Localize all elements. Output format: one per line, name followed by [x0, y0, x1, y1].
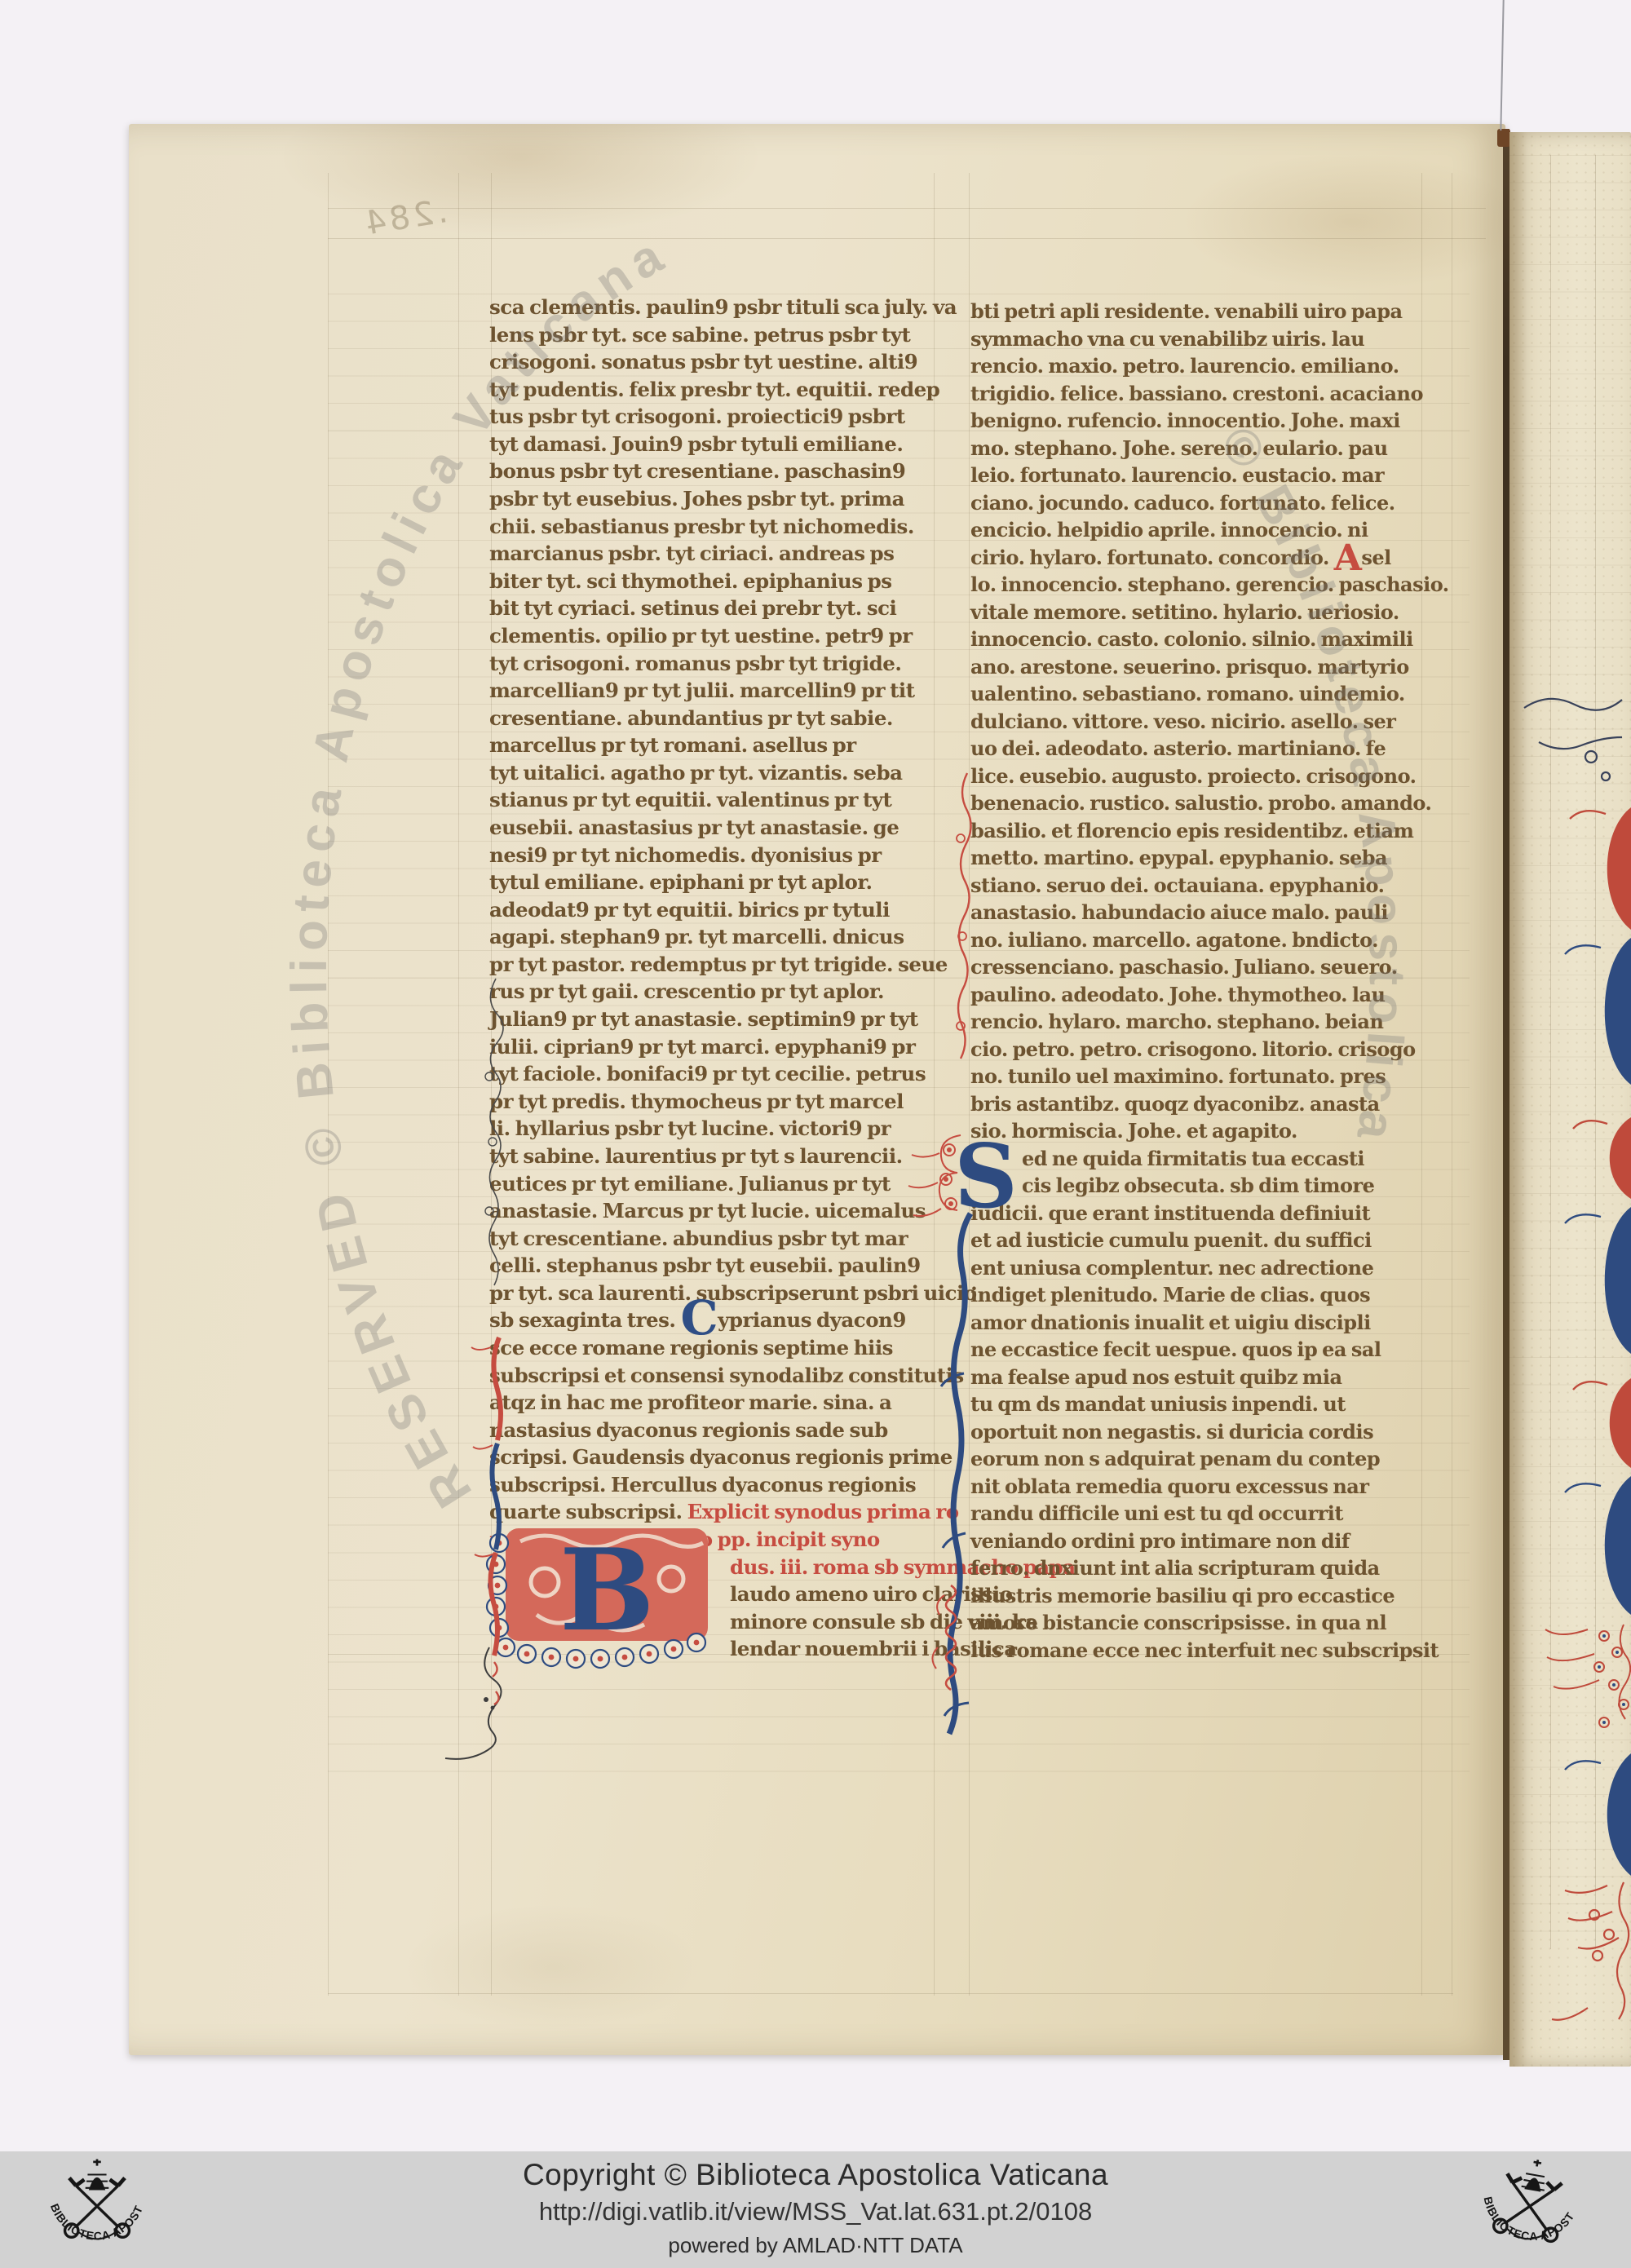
text-segment: ne eccastice fecit uespue. quos ip ea sa… — [970, 1337, 1381, 1361]
text-line: uo dei. adeodato. asterio. martiniano. f… — [970, 735, 1434, 763]
text-segment: sio. hormiscia. Johe. et agapito. — [970, 1119, 1297, 1143]
text-segment: atqz in hac me profiteor marie. sina. a — [489, 1390, 891, 1414]
text-segment: nit oblata remedia quoru excessus nar — [970, 1474, 1368, 1498]
text-segment: lice. eusebio. augusto. proiecto. crisog… — [970, 764, 1417, 788]
ruling-line — [328, 208, 1486, 209]
photo-canvas: .284 sca clementis. paulin9 psbr tituli … — [0, 0, 1631, 2151]
text-line: et ad iusticie cumulu puenit. du suffici — [970, 1227, 1434, 1254]
text-line: iudicii. que erant instituenda definiuit — [970, 1200, 1434, 1227]
text-segment: uo dei. adeodato. asterio. martiniano. f… — [970, 736, 1386, 760]
text-segment: stianus pr tyt equitii. valentinus pr ty… — [489, 788, 891, 811]
text-line: minore consule sb die viii. ka — [489, 1608, 946, 1636]
text-segment: et ad iusticie cumulu puenit. du suffici — [970, 1228, 1372, 1252]
text-line: sio. hormiscia. Johe. et agapito. — [970, 1117, 1434, 1145]
text-segment: ano. arestone. seuerino. prisquo. martyr… — [970, 655, 1409, 679]
text-line: cressenciano. paschasio. Juliano. seuero… — [970, 953, 1434, 981]
text-line: anastasio. habundacio aiuce malo. pauli — [970, 899, 1434, 926]
text-segment: pr tyt pastor. redemptus pr tyt trigide.… — [489, 953, 948, 976]
vatican-library-logo-right — [1464, 2146, 1594, 2268]
text-line: no. tunilo uel maximino. fortunato. pres — [970, 1063, 1434, 1090]
text-line: lice. eusebio. augusto. proiecto. crisog… — [970, 763, 1434, 790]
text-segment: clementis. opilio pr tyt uestine. petr9 … — [489, 624, 913, 648]
text-segment: rencio. maxio. petro. laurencio. emilian… — [970, 354, 1399, 378]
text-segment: ferro. dnxiunt int alia scripturam quida — [970, 1556, 1380, 1580]
text-segment: lus romane ecce nec interfuit nec subscr… — [970, 1638, 1439, 1662]
text-line: tyt uitalici. agatho pr tyt. vizantis. s… — [489, 759, 946, 787]
ruling-line — [328, 1993, 1453, 1994]
text-line: bti petri apli residente. venabili uiro … — [970, 298, 1434, 325]
text-line: eorum non s adquirat penam du contep — [970, 1445, 1434, 1473]
text-line: mana sub symmacho pp. incipit syno — [489, 1526, 946, 1554]
ruling-line — [1452, 173, 1452, 1996]
text-segment: tytul emiliane. epiphani pr tyt aplor. — [489, 870, 873, 894]
text-segment: no. tunilo uel maximino. fortunato. pres — [970, 1064, 1386, 1088]
text-segment: sel — [1361, 546, 1390, 569]
text-segment: pr tyt. sca laurenti. subscripserunt psb… — [489, 1281, 977, 1305]
text-segment: leio. fortunato. laurencio. eustacio. ma… — [970, 463, 1384, 487]
text-segment: ciano. jocundo. caduco. fortunato. felic… — [970, 491, 1395, 515]
text-segment: paulino. adeodato. Johe. thymotheo. lau — [970, 983, 1385, 1006]
text-line: cio. petro. petro. crisogono. litorio. c… — [970, 1036, 1434, 1063]
text-segment: trigidio. felice. bassiano. crestoni. ac… — [970, 382, 1423, 405]
text-line: marcellian9 pr tyt julii. marcellin9 pr … — [489, 677, 946, 705]
text-line: bit tyt cyriaci. setinus dei prebr tyt. … — [489, 595, 946, 622]
text-segment: bti petri apli residente. venabili uiro … — [970, 299, 1403, 323]
text-segment: benigno. rufencio. innocentio. Johe. max… — [970, 409, 1400, 432]
text-line: clementis. opilio pr tyt uestine. petr9 … — [489, 622, 946, 650]
text-line: lens psbr tyt. sce sabine. petrus psbr t… — [489, 321, 946, 349]
text-line: amore bistancie conscripsisse. in qua nl — [970, 1609, 1434, 1637]
text-segment: eusebii. anastasius pr tyt anastasie. ge — [489, 816, 899, 839]
footer-bar: BIBLIOTECA APOSTOLICA VATICANA — [0, 2151, 1631, 2268]
text-segment: celli. stephanus psbr tyt eusebii. pauli… — [489, 1253, 921, 1277]
text-line: marcellus pr tyt romani. asellus pr — [489, 732, 946, 759]
text-line: scripsi. Gaudensis dyaconus regionis pri… — [489, 1443, 946, 1471]
text-segment: eutices pr tyt emiliane. Julianus pr tyt — [489, 1172, 891, 1196]
text-line: cis legibz obsecuta. sb dim timore — [970, 1172, 1434, 1200]
text-line: ano. arestone. seuerino. prisquo. martyr… — [970, 653, 1434, 681]
text-line: basilio. et florencio epis residentibz. … — [970, 817, 1434, 845]
text-line: tyt crescentiane. abundius psbr tyt mar — [489, 1225, 946, 1253]
text-segment: ma fealse apud nos estuit quibz mia — [970, 1365, 1342, 1389]
text-segment: marcellus pr tyt romani. asellus pr — [489, 733, 856, 757]
text-line: tu qm ds mandat uniusis inpendi. ut — [970, 1390, 1434, 1418]
text-line: mo. stephano. Johe. sereno. eulario. pau — [970, 435, 1434, 462]
text-segment: tyt pudentis. felix presbr tyt. equitii.… — [489, 378, 939, 401]
text-segment: amor dnationis inualit et uigiu discipli — [970, 1311, 1371, 1334]
text-line: ent uniusa complentur. nec adrectione — [970, 1254, 1434, 1282]
text-line: oportuit non negastis. si duricia cordis — [970, 1418, 1434, 1446]
text-line: pr tyt predis. thymocheus pr tyt marcel — [489, 1088, 946, 1116]
text-line: rus pr tyt gaii. crescentio pr tyt aplor… — [489, 978, 946, 1006]
text-segment: sb sexaginta tres. — [489, 1308, 680, 1332]
text-line: pr tyt pastor. redemptus pr tyt trigide.… — [489, 951, 946, 979]
binding-stitch — [1497, 129, 1510, 147]
text-segment: tyt sabine. laurentius pr tyt s laurenci… — [489, 1144, 903, 1168]
text-line: bonus psbr tyt cresentiane. paschasin9 — [489, 458, 946, 485]
text-line: psbr tyt eusebius. Johes psbr tyt. prima — [489, 485, 946, 513]
text-line: encicio. helpidio aprile. innocencio. ni — [970, 516, 1434, 544]
text-segment: tyt uitalici. agatho pr tyt. vizantis. s… — [489, 761, 903, 785]
text-segment: yprianus dyacon9 — [718, 1308, 906, 1332]
text-line: dulciano. vittore. veso. nicirio. asello… — [970, 708, 1434, 736]
text-line: benigno. rufencio. innocentio. Johe. max… — [970, 407, 1434, 435]
text-line: no. iuliano. marcello. agatone. bndicto. — [970, 926, 1434, 954]
text-segment: iudicii. que erant instituenda definiuit — [970, 1201, 1370, 1225]
text-segment: amore bistancie conscripsisse. in qua nl — [970, 1611, 1386, 1634]
text-line: trigidio. felice. bassiano. crestoni. ac… — [970, 380, 1434, 408]
text-line: subscripsi et consensi synodalibz consti… — [489, 1362, 946, 1390]
text-segment: ent uniusa complentur. nec adrectione — [970, 1256, 1373, 1280]
text-line: ed ne quida firmitatis tua eccasti — [970, 1145, 1434, 1173]
text-segment: metto. martino. epypal. epyphanio. seba — [970, 846, 1387, 869]
text-line: veniando ordini pro intimare non dif — [970, 1527, 1434, 1555]
text-line: eutices pr tyt emiliane. Julianus pr tyt — [489, 1170, 946, 1198]
text-segment: pr tyt predis. thymocheus pr tyt marcel — [489, 1090, 904, 1113]
text-segment: iulii. ciprian9 pr tyt marci. epyphani9 … — [489, 1035, 915, 1059]
text-column-right: bti petri apli residente. venabili uiro … — [970, 298, 1434, 1664]
text-segment: nesi9 pr tyt nichomedis. dyonisius pr — [489, 843, 882, 867]
text-line: ferro. dnxiunt int alia scripturam quida — [970, 1554, 1434, 1582]
text-segment: sca clementis. paulin9 psbr tituli sca j… — [489, 295, 957, 319]
text-line: tyt crisogoni. romanus psbr tyt trigide. — [489, 650, 946, 678]
ruling-line — [969, 173, 970, 1996]
text-line: crisogoni. sonatus psbr tyt uestine. alt… — [489, 348, 946, 376]
text-segment: tus psbr tyt crisogoni. proiectici9 psbr… — [489, 405, 905, 428]
text-line: ciano. jocundo. caduco. fortunato. felic… — [970, 489, 1434, 517]
text-line: iulii. ciprian9 pr tyt marci. epyphani9 … — [489, 1033, 946, 1061]
text-segment: rus pr tyt gaii. crescentio pr tyt aplor… — [489, 979, 884, 1003]
text-segment: crisogoni. sonatus psbr tyt uestine. alt… — [489, 350, 917, 374]
text-line: sca clementis. paulin9 psbr tituli sca j… — [489, 294, 946, 321]
text-line: chii. sebastianus presbr tyt nichomedis. — [489, 513, 946, 541]
text-segment: bris astantibz. quoqz dyaconibz. anasta — [970, 1092, 1380, 1116]
text-line: lus romane ecce nec interfuit nec subscr… — [970, 1637, 1434, 1665]
text-column-left: sca clementis. paulin9 psbr tituli sca j… — [489, 294, 946, 1663]
text-segment: anastasie. Marcus pr tyt lucie. uicemalu… — [489, 1199, 926, 1222]
next-folio-edge — [1509, 132, 1631, 2067]
text-segment: ed ne quida firmitatis tua eccasti — [1022, 1147, 1364, 1170]
text-segment: oportuit non negastis. si duricia cordis — [970, 1420, 1373, 1443]
text-line: indiget plenitudo. Marie de clias. quos — [970, 1281, 1434, 1309]
text-line: ualentino. sebastiano. romano. uindemio. — [970, 680, 1434, 708]
text-segment: veniando ordini pro intimare non dif — [970, 1529, 1350, 1553]
binding-gutter — [1503, 129, 1509, 2060]
text-segment: lens psbr tyt. sce sabine. petrus psbr t… — [489, 323, 910, 347]
text-line: rencio. maxio. petro. laurencio. emilian… — [970, 352, 1434, 380]
text-line: tyt sabine. laurentius pr tyt s laurenci… — [489, 1143, 946, 1170]
text-line: illustris memorie basiliu qi pro eccasti… — [970, 1582, 1434, 1610]
text-segment: ualentino. sebastiano. romano. uindemio. — [970, 682, 1405, 705]
text-line: sb sexaginta tres. Cyprianus dyacon9 — [489, 1306, 946, 1334]
text-line: nit oblata remedia quoru excessus nar — [970, 1473, 1434, 1501]
text-segment: rencio. hylaro. marcho. stephano. beian — [970, 1010, 1383, 1033]
text-line: atqz in hac me profiteor marie. sina. a — [489, 1389, 946, 1417]
text-segment: benenacio. rustico. salustio. probo. ama… — [970, 791, 1431, 815]
text-line: metto. martino. epypal. epyphanio. seba — [970, 844, 1434, 872]
text-line: lo. innocencio. stephano. gerencio. pasc… — [970, 571, 1434, 599]
footer-url: http://digi.vatlib.it/view/MSS_Vat.lat.6… — [0, 2197, 1631, 2226]
text-line: sce ecce romane regionis septime hiis — [489, 1334, 946, 1362]
text-segment: biter tyt. sci thymothei. epiphanius ps — [489, 569, 892, 593]
text-line: subscripsi. Hercullus dyaconus regionis — [489, 1471, 946, 1499]
text-line: vitale memore. setitino. hylario. uerios… — [970, 599, 1434, 626]
text-segment: tyt crescentiane. abundius psbr tyt mar — [489, 1227, 908, 1250]
text-segment: Julian9 pr tyt anastasie. septimin9 pr t… — [489, 1007, 918, 1031]
text-segment: indiget plenitudo. Marie de clias. quos — [970, 1283, 1370, 1306]
text-segment: mana sub symmacho pp. incipit syno — [489, 1527, 880, 1551]
text-line: stiano. seruo dei. octauiana. epyphanio. — [970, 872, 1434, 900]
text-line: dus. iii. roma sb symmacho papa — [489, 1554, 946, 1581]
text-line: tyt damasi. Jouin9 psbr tytuli emiliane. — [489, 431, 946, 458]
text-segment: encicio. helpidio aprile. innocencio. ni — [970, 518, 1368, 542]
text-line: stianus pr tyt equitii. valentinus pr ty… — [489, 786, 946, 814]
text-line: nastasius dyaconus regionis sade sub — [489, 1417, 946, 1444]
text-line: cirio. hylaro. fortunato. concordio. Ase… — [970, 544, 1434, 572]
folio-number: .284 — [360, 192, 450, 243]
ruling-line — [458, 173, 459, 1996]
text-segment: symmacho vna cu venabilibz uiris. lau — [970, 327, 1364, 351]
text-line: Julian9 pr tyt anastasie. septimin9 pr t… — [489, 1006, 946, 1033]
text-segment: anastasio. habundacio aiuce malo. pauli — [970, 900, 1388, 924]
text-segment: cressenciano. paschasio. Juliano. seuero… — [970, 955, 1398, 979]
text-line: lendar nouembrii i basilica — [489, 1635, 946, 1663]
text-segment: chii. sebastianus presbr tyt nichomedis. — [489, 515, 914, 538]
ruling-line — [328, 173, 329, 1996]
text-line: randu difficile uni est tu qd occurrit — [970, 1500, 1434, 1527]
text-segment: eorum non s adquirat penam du contep — [970, 1447, 1380, 1470]
text-segment: li. hyllarius psbr tyt lucine. victori9 … — [489, 1116, 891, 1140]
text-segment: sce ecce romane regionis septime hiis — [489, 1336, 893, 1359]
text-line: anastasie. Marcus pr tyt lucie. uicemalu… — [489, 1197, 946, 1225]
text-line: biter tyt. sci thymothei. epiphanius ps — [489, 568, 946, 595]
text-line: tytul emiliane. epiphani pr tyt aplor. — [489, 869, 946, 896]
text-segment: basilio. et florencio epis residentibz. … — [970, 819, 1413, 842]
text-segment: bit tyt cyriaci. setinus dei prebr tyt. … — [489, 596, 896, 620]
text-line: laudo ameno uiro clarissio — [489, 1581, 946, 1608]
text-segment: marcellian9 pr tyt julii. marcellin9 pr … — [489, 679, 915, 702]
text-line: adeodat9 pr tyt equitii. birics pr tytul… — [489, 896, 946, 924]
text-line: innocencio. casto. colonio. silnio. maxi… — [970, 626, 1434, 653]
text-line: rencio. hylaro. marcho. stephano. beian — [970, 1008, 1434, 1036]
text-segment: cresentiane. abundantius pr tyt sabie. — [489, 706, 893, 730]
text-line: cresentiane. abundantius pr tyt sabie. — [489, 705, 946, 732]
text-line: marcianus psbr. tyt ciriaci. andreas ps — [489, 540, 946, 568]
text-segment: lo. innocencio. stephano. gerencio. pasc… — [970, 573, 1449, 596]
text-line: nesi9 pr tyt nichomedis. dyonisius pr — [489, 842, 946, 869]
text-segment: agapi. stephan9 pr. tyt marcelli. dnicus — [489, 925, 904, 948]
text-segment: marcianus psbr. tyt ciriaci. andreas ps — [489, 542, 894, 565]
text-segment: tyt faciole. bonifaci9 pr tyt cecilie. p… — [489, 1062, 926, 1085]
text-segment: quarte subscripsi. — [489, 1500, 687, 1523]
text-line: quarte subscripsi. Explicit synodus prim… — [489, 1498, 946, 1526]
text-segment: cis legibz obsecuta. sb dim timore — [1022, 1174, 1374, 1197]
ruling-line — [328, 238, 1486, 239]
text-line: paulino. adeodato. Johe. thymotheo. lau — [970, 981, 1434, 1009]
text-line: li. hyllarius psbr tyt lucine. victori9 … — [489, 1115, 946, 1143]
text-segment: illustris memorie basiliu qi pro eccasti… — [970, 1584, 1395, 1607]
text-line: ma fealse apud nos estuit quibz mia — [970, 1364, 1434, 1391]
text-segment: vitale memore. setitino. hylario. uerios… — [970, 600, 1399, 624]
text-line: bris astantibz. quoqz dyaconibz. anasta — [970, 1090, 1434, 1118]
text-line: eusebii. anastasius pr tyt anastasie. ge — [489, 814, 946, 842]
text-line: agapi. stephan9 pr. tyt marcelli. dnicus — [489, 923, 946, 951]
text-line: celli. stephanus psbr tyt eusebii. pauli… — [489, 1252, 946, 1280]
text-segment: adeodat9 pr tyt equitii. birics pr tytul… — [489, 898, 890, 922]
text-segment: no. iuliano. marcello. agatone. bndicto. — [970, 928, 1378, 952]
text-line: tyt pudentis. felix presbr tyt. equitii.… — [489, 376, 946, 404]
text-line: leio. fortunato. laurencio. eustacio. ma… — [970, 462, 1434, 489]
text-line: benenacio. rustico. salustio. probo. ama… — [970, 789, 1434, 817]
text-line: tus psbr tyt crisogoni. proiectici9 psbr… — [489, 403, 946, 431]
text-segment: stiano. seruo dei. octauiana. epyphanio. — [970, 873, 1385, 897]
text-line: symmacho vna cu venabilibz uiris. lau — [970, 325, 1434, 353]
text-segment: nastasius dyaconus regionis sade sub — [489, 1418, 888, 1442]
text-segment: cio. petro. petro. crisogono. litorio. c… — [970, 1037, 1416, 1061]
ruling-grid — [1509, 155, 1631, 1949]
footer-powered-by: powered by AMLAD·NTT DATA — [0, 2233, 1631, 2258]
text-line: amor dnationis inualit et uigiu discipli — [970, 1309, 1434, 1337]
text-line: tyt faciole. bonifaci9 pr tyt cecilie. p… — [489, 1060, 946, 1088]
text-segment: dulciano. vittore. veso. nicirio. asello… — [970, 710, 1395, 733]
text-segment: Explicit synodus prima ro — [687, 1500, 959, 1523]
text-segment: subscripsi et consensi synodalibz consti… — [489, 1364, 964, 1387]
text-line: ne eccastice fecit uespue. quos ip ea sa… — [970, 1336, 1434, 1364]
text-segment: innocencio. casto. colonio. silnio. maxi… — [970, 627, 1413, 651]
binding-thread — [1500, 0, 1504, 130]
manuscript-page: .284 sca clementis. paulin9 psbr tituli … — [129, 124, 1505, 2055]
text-segment: mo. stephano. Johe. sereno. eulario. pau — [970, 436, 1388, 460]
text-segment: tyt crisogoni. romanus psbr tyt trigide. — [489, 652, 901, 675]
footer-copyright: Copyright © Biblioteca Apostolica Vatica… — [0, 2158, 1631, 2192]
text-segment: tyt damasi. Jouin9 psbr tytuli emiliane. — [489, 432, 903, 456]
text-segment: tu qm ds mandat uniusis inpendi. ut — [970, 1392, 1346, 1416]
text-segment: randu difficile uni est tu qd occurrit — [970, 1501, 1343, 1525]
text-segment: psbr tyt eusebius. Johes psbr tyt. prima — [489, 487, 904, 511]
text-segment: scripsi. Gaudensis dyaconus regionis pri… — [489, 1445, 953, 1469]
text-segment: cirio. hylaro. fortunato. concordio. — [970, 546, 1334, 569]
text-segment: bonus psbr tyt cresentiane. paschasin9 — [489, 459, 905, 483]
text-segment: subscripsi. Hercullus dyaconus regionis — [489, 1473, 916, 1497]
